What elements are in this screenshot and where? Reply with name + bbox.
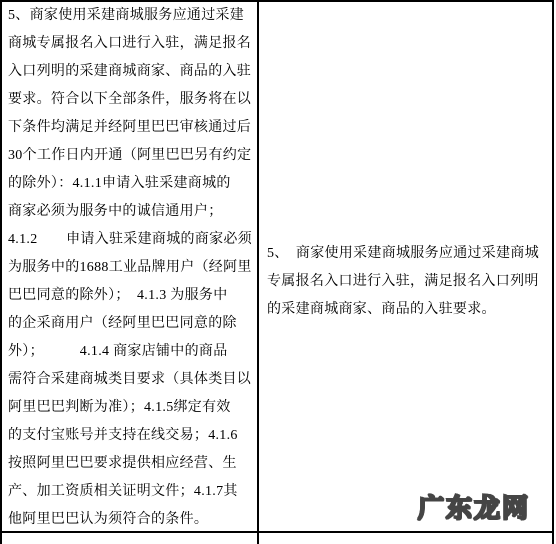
next-row-left-cell: [2, 533, 259, 544]
watermark-text: 广东龙网: [418, 488, 530, 525]
table-cell-new-terms: 5、 商家使用采建商城服务应通过采建商城 专属报名入口进行入驻，满足报名入口列明…: [259, 2, 552, 533]
table-cell-old-terms: 5、商家使用采建商城服务应通过采建 商城专属报名入口进行入驻，满足报名 入口列明…: [2, 2, 259, 533]
terms-comparison-table: 5、商家使用采建商城服务应通过采建 商城专属报名入口进行入驻，满足报名 入口列明…: [0, 0, 554, 544]
old-terms-text: 5、商家使用采建商城服务应通过采建 商城专属报名入口进行入驻，满足报名 入口列明…: [8, 2, 253, 533]
next-row-right-cell: [259, 533, 552, 544]
new-terms-text: 5、 商家使用采建商城服务应通过采建商城 专属报名入口进行入驻，满足报名入口列明…: [267, 240, 548, 324]
